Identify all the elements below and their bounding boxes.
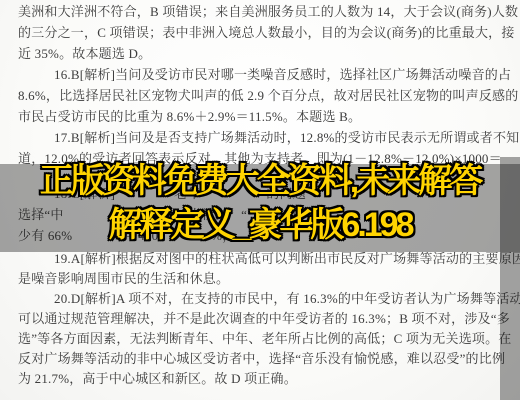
document-line: 19.A[解析]根据反对图中的柱状高低可以判断出市民反对广场舞等活动的主要原因 [18, 251, 520, 266]
document-line: 16.B[解析]当问及受访市民对哪一类噪音反感时，选择社区广场舞活动噪音的占 [18, 67, 520, 82]
promo-title-line2: 解释定义_豪华版6.198 [0, 203, 520, 247]
document-line: 市民占受访市民的比重为 8.6%＋2.9%＝11.5%。本题选 B。 [18, 109, 496, 124]
document-line: 17.B[解析]当问及是否支持广场舞活动时，12.8%的受访市民表示无所谓或者不… [18, 130, 520, 145]
document-line: 为 21.7%，高于中心城区和新区。故 D 项正确。 [18, 371, 496, 386]
document-line: 20.D[解析]A 项不对，在支持的市民中，有 16.3%的中年受访者认为广场舞… [18, 291, 520, 306]
document-line: 是噪音影响周围市民的生活和休息。 [18, 271, 496, 286]
scanned-document-page: 美洲和大洋洲不符合，B 项错误；来自美洲服务员工的人数为 14，大于会议(商务)… [0, 0, 520, 400]
document-line: 美洲和大洋洲不符合，B 项错误；来自美洲服务员工的人数为 14，大于会议(商务)… [18, 4, 496, 19]
document-line: 8.6%，比选择居民社区宠物犬叫声的低 2.9 个百分点，故对居民社区宠物的叫声… [18, 88, 496, 103]
promo-banner[interactable]: 正版资料免费大全资料,未来解答 解释定义_豪华版6.198 [0, 159, 520, 247]
document-line: 反对广场舞等活动的非中心城区受访者中，选择“音乐没有愉悦感，难以忍受”的比例 [18, 351, 496, 366]
document-line: 可以通过规范管理解决，并不是此次调查的中年受访者的 16.3%；B 项不对，涉及… [18, 311, 496, 326]
document-line: 近 35%。故本题选 D。 [18, 46, 496, 61]
document-line: 选”等各方面因素，无法判断青年、中年、老年所占比例的高低；C 项为无关选项。在 [18, 331, 496, 346]
document-line: 的三分之一，C 项错误；表中非洲入境总人数最小，目的为会议(商务)的比重最大，接 [18, 25, 496, 40]
promo-title-line1: 正版资料免费大全资料,未来解答 [0, 159, 520, 203]
